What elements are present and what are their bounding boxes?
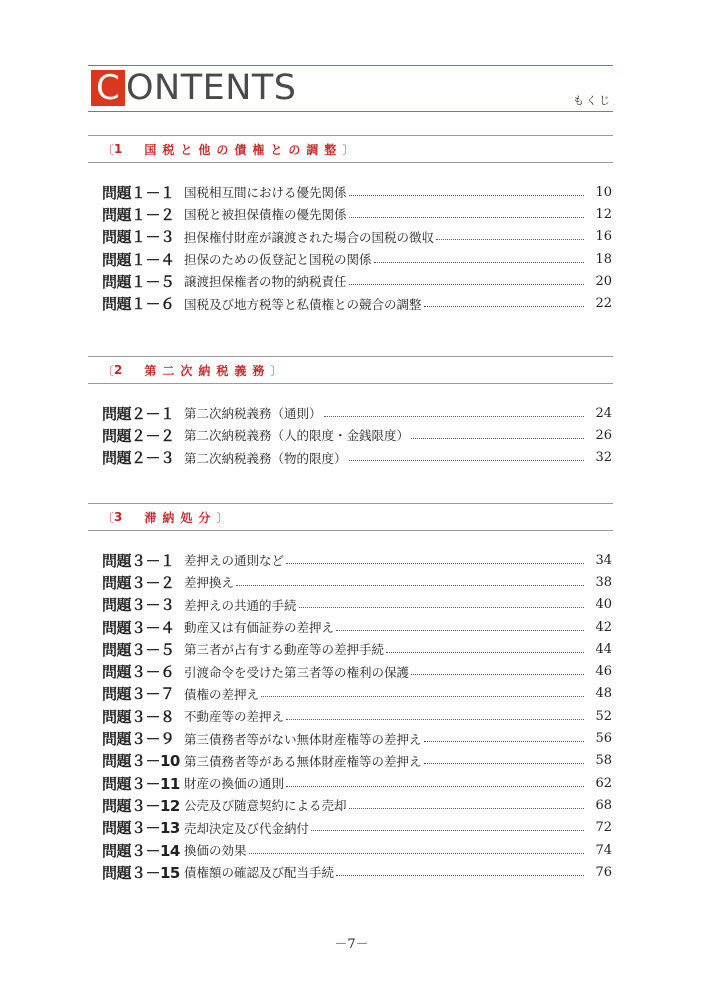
toc-entry[interactable]: 問題３－７債権の差押え48	[88, 683, 613, 705]
toc-entry[interactable]: 問題２－２第二次納税義務（人的限度・金銭限度）26	[88, 424, 613, 446]
problem-label: 問題２－２	[88, 425, 184, 446]
page-subtitle: もくじ	[573, 92, 612, 108]
bracket-close: 〕	[270, 362, 282, 379]
dot-leader	[411, 674, 584, 675]
toc-entry[interactable]: 問題３－13売却決定及び代金納付72	[88, 817, 613, 839]
page-footer-number: －7－	[0, 933, 703, 952]
toc-entry[interactable]: 問題３－14換価の効果74	[88, 839, 613, 861]
problem-label: 問題２－３	[88, 447, 184, 468]
dot-leader	[424, 741, 584, 742]
toc-entry[interactable]: 問題１－２国税と被担保債権の優先関係12	[88, 203, 613, 225]
entry-title: 第三者が占有する動産等の差押手続	[184, 640, 384, 658]
toc-entry[interactable]: 問題３－11財産の換価の通則62	[88, 772, 613, 794]
page-number: 34	[590, 553, 613, 568]
dot-leader	[349, 808, 584, 809]
section-title: 国税と他の債権との調整	[144, 141, 342, 158]
dot-leader	[249, 853, 584, 854]
entry-list: 問題２－１第二次納税義務（通則）24 問題２－２第二次納税義務（人的限度・金銭限…	[88, 402, 613, 469]
toc-entry[interactable]: 問題３－３差押えの共通的手続40	[88, 594, 613, 616]
problem-label: 問題３－７	[88, 683, 184, 704]
entry-title: 債権の差押え	[184, 685, 259, 703]
page-number: 68	[590, 798, 613, 813]
page-number: 62	[590, 776, 613, 791]
problem-label: 問題１－４	[88, 249, 184, 270]
entry-title: 公売及び随意契約による売却	[184, 796, 347, 814]
dot-leader	[424, 306, 584, 307]
header-top-rule	[88, 65, 613, 66]
page-number: 32	[590, 450, 613, 465]
dot-leader	[349, 195, 584, 196]
problem-label: 問題３－９	[88, 728, 184, 749]
page-number: 16	[590, 229, 613, 244]
dot-leader	[386, 652, 584, 653]
dot-leader	[436, 239, 584, 240]
toc-entry[interactable]: 問題３－５第三者が占有する動産等の差押手続44	[88, 638, 613, 660]
entry-title: 債権額の確認及び配当手続	[184, 863, 334, 881]
toc-entry[interactable]: 問題３－４動産又は有価証券の差押え42	[88, 616, 613, 638]
entry-title: 換価の効果	[184, 841, 247, 859]
entry-title: 動産又は有価証券の差押え	[184, 618, 334, 636]
section-1: 〔 1 国税と他の債権との調整 〕 問題１－１国税相互間における優先関係10 問…	[88, 135, 613, 315]
problem-label: 問題３－10	[88, 750, 184, 771]
bracket-open: 〔	[102, 509, 114, 526]
problem-label: 問題３－３	[88, 594, 184, 615]
toc-entry[interactable]: 問題２－３第二次納税義務（物的限度）32	[88, 447, 613, 469]
dot-leader	[236, 585, 584, 586]
toc-entry[interactable]: 問題３－６引渡命令を受けた第三者等の権利の保護46	[88, 660, 613, 682]
section-number: 3	[114, 510, 122, 524]
toc-entry[interactable]: 問題１－３担保権付財産が譲渡された場合の国税の徴収16	[88, 226, 613, 248]
toc-entry[interactable]: 問題１－４担保のための仮登記と国税の関係18	[88, 248, 613, 270]
page-number: 22	[590, 296, 613, 311]
dot-leader	[261, 696, 584, 697]
entry-title: 第二次納税義務（物的限度）	[184, 449, 347, 467]
page-number: 58	[590, 753, 613, 768]
entry-title: 担保のための仮登記と国税の関係	[184, 250, 372, 268]
problem-label: 問題３－５	[88, 639, 184, 660]
page-number: 40	[590, 597, 613, 612]
dot-leader	[336, 875, 584, 876]
entry-title: 譲渡担保権者の物的納税責任	[184, 272, 347, 290]
problem-label: 問題１－１	[88, 182, 184, 203]
toc-entry[interactable]: 問題３－12公売及び随意契約による売却68	[88, 794, 613, 816]
toc-entry[interactable]: 問題３－15債権額の確認及び配当手続76	[88, 861, 613, 883]
problem-label: 問題３－４	[88, 617, 184, 638]
problem-label: 問題３－11	[88, 773, 184, 794]
contents-logo: C ONTENTS	[91, 70, 297, 106]
problem-label: 問題１－３	[88, 226, 184, 247]
problem-label: 問題３－２	[88, 572, 184, 593]
entry-title: 第二次納税義務（通則）	[184, 404, 322, 422]
toc-entry[interactable]: 問題１－６国税及び地方税等と私債権との競合の調整22	[88, 292, 613, 314]
entry-list: 問題１－１国税相互間における優先関係10 問題１－２国税と被担保債権の優先関係1…	[88, 181, 613, 315]
page-number: 52	[590, 709, 613, 724]
dot-leader	[299, 607, 584, 608]
bracket-open: 〔	[102, 362, 114, 379]
dot-leader	[324, 416, 584, 417]
entry-title: 財産の換価の通則	[184, 774, 284, 792]
section-heading: 〔 1 国税と他の債権との調整 〕	[88, 135, 613, 163]
toc-entry[interactable]: 問題１－５譲渡担保権者の物的納税責任20	[88, 270, 613, 292]
dot-leader	[336, 630, 584, 631]
logo-text: ONTENTS	[126, 70, 297, 106]
page-number: 18	[590, 252, 613, 267]
entry-title: 差押えの通則など	[184, 551, 284, 569]
page-number: 56	[590, 731, 613, 746]
page-number: 46	[590, 664, 613, 679]
dot-leader	[349, 284, 584, 285]
page-number: 48	[590, 686, 613, 701]
entry-title: 国税相互間における優先関係	[184, 183, 347, 201]
entry-title: 第三債務者等がある無体財産権等の差押え	[184, 752, 422, 770]
section-3: 〔 3 滞納処分 〕 問題３－１差押えの通則など34 問題３－２差押換え38 問…	[88, 503, 613, 883]
entry-title: 国税及び地方税等と私債権との競合の調整	[184, 295, 422, 313]
problem-label: 問題３－６	[88, 661, 184, 682]
entry-list: 問題３－１差押えの通則など34 問題３－２差押換え38 問題３－３差押えの共通的…	[88, 549, 613, 883]
problem-label: 問題３－１	[88, 550, 184, 571]
header-bottom-rule	[88, 111, 613, 112]
bracket-close: 〕	[342, 141, 354, 158]
section-number: 1	[114, 142, 122, 156]
problem-label: 問題１－２	[88, 204, 184, 225]
problem-label: 問題３－14	[88, 840, 184, 861]
section-title: 第二次納税義務	[144, 362, 270, 379]
page-number: 42	[590, 620, 613, 635]
entry-title: 不動産等の差押え	[184, 707, 284, 725]
toc-entry[interactable]: 問題３－２差押換え38	[88, 571, 613, 593]
dot-leader	[286, 786, 584, 787]
page-number: 72	[590, 820, 613, 835]
entry-title: 国税と被担保債権の優先関係	[184, 205, 347, 223]
dot-leader	[374, 262, 584, 263]
entry-title: 売却決定及び代金納付	[184, 819, 309, 837]
entry-title: 差押えの共通的手続	[184, 596, 297, 614]
section-heading: 〔 2 第二次納税義務 〕	[88, 356, 613, 384]
contents-page: C ONTENTS もくじ 〔 1 国税と他の債権との調整 〕 問題１－１国税相…	[0, 0, 703, 1000]
dot-leader	[349, 460, 584, 461]
page-number: 38	[590, 575, 613, 590]
page-number: 10	[590, 185, 613, 200]
toc-entry[interactable]: 問題１－１国税相互間における優先関係10	[88, 181, 613, 203]
toc-entry[interactable]: 問題３－８不動産等の差押え52	[88, 705, 613, 727]
problem-label: 問題３－８	[88, 706, 184, 727]
entry-title: 差押換え	[184, 573, 234, 591]
toc-entry[interactable]: 問題３－10第三債務者等がある無体財産権等の差押え58	[88, 750, 613, 772]
dot-leader	[424, 763, 584, 764]
section-title: 滞納処分	[144, 509, 216, 526]
entry-title: 第二次納税義務（人的限度・金銭限度）	[184, 426, 409, 444]
problem-label: 問題３－15	[88, 862, 184, 883]
problem-label: 問題１－５	[88, 271, 184, 292]
bracket-close: 〕	[216, 509, 228, 526]
toc-entry[interactable]: 問題２－１第二次納税義務（通則）24	[88, 402, 613, 424]
section-number: 2	[114, 363, 122, 377]
problem-label: 問題３－13	[88, 817, 184, 838]
page-number: 76	[590, 865, 613, 880]
entry-title: 引渡命令を受けた第三者等の権利の保護	[184, 663, 409, 681]
dot-leader	[411, 438, 584, 439]
problem-label: 問題１－６	[88, 293, 184, 314]
entry-title: 担保権付財産が譲渡された場合の国税の徴収	[184, 228, 434, 246]
page-number: 12	[590, 207, 613, 222]
dot-leader	[311, 830, 584, 831]
problem-label: 問題３－12	[88, 795, 184, 816]
page-number: 24	[590, 406, 613, 421]
dot-leader	[286, 719, 584, 720]
page-number: 26	[590, 428, 613, 443]
section-2: 〔 2 第二次納税義務 〕 問題２－１第二次納税義務（通則）24 問題２－２第二…	[88, 356, 613, 469]
page-number: 74	[590, 843, 613, 858]
entry-title: 第三債務者等がない無体財産権等の差押え	[184, 730, 422, 748]
bracket-open: 〔	[102, 141, 114, 158]
toc-entry[interactable]: 問題３－９第三債務者等がない無体財産権等の差押え56	[88, 727, 613, 749]
dot-leader	[286, 563, 584, 564]
logo-initial-block: C	[91, 70, 125, 106]
dot-leader	[349, 217, 584, 218]
page-number: 20	[590, 274, 613, 289]
section-heading: 〔 3 滞納処分 〕	[88, 503, 613, 531]
problem-label: 問題２－１	[88, 403, 184, 424]
toc-entry[interactable]: 問題３－１差押えの通則など34	[88, 549, 613, 571]
page-number: 44	[590, 642, 613, 657]
